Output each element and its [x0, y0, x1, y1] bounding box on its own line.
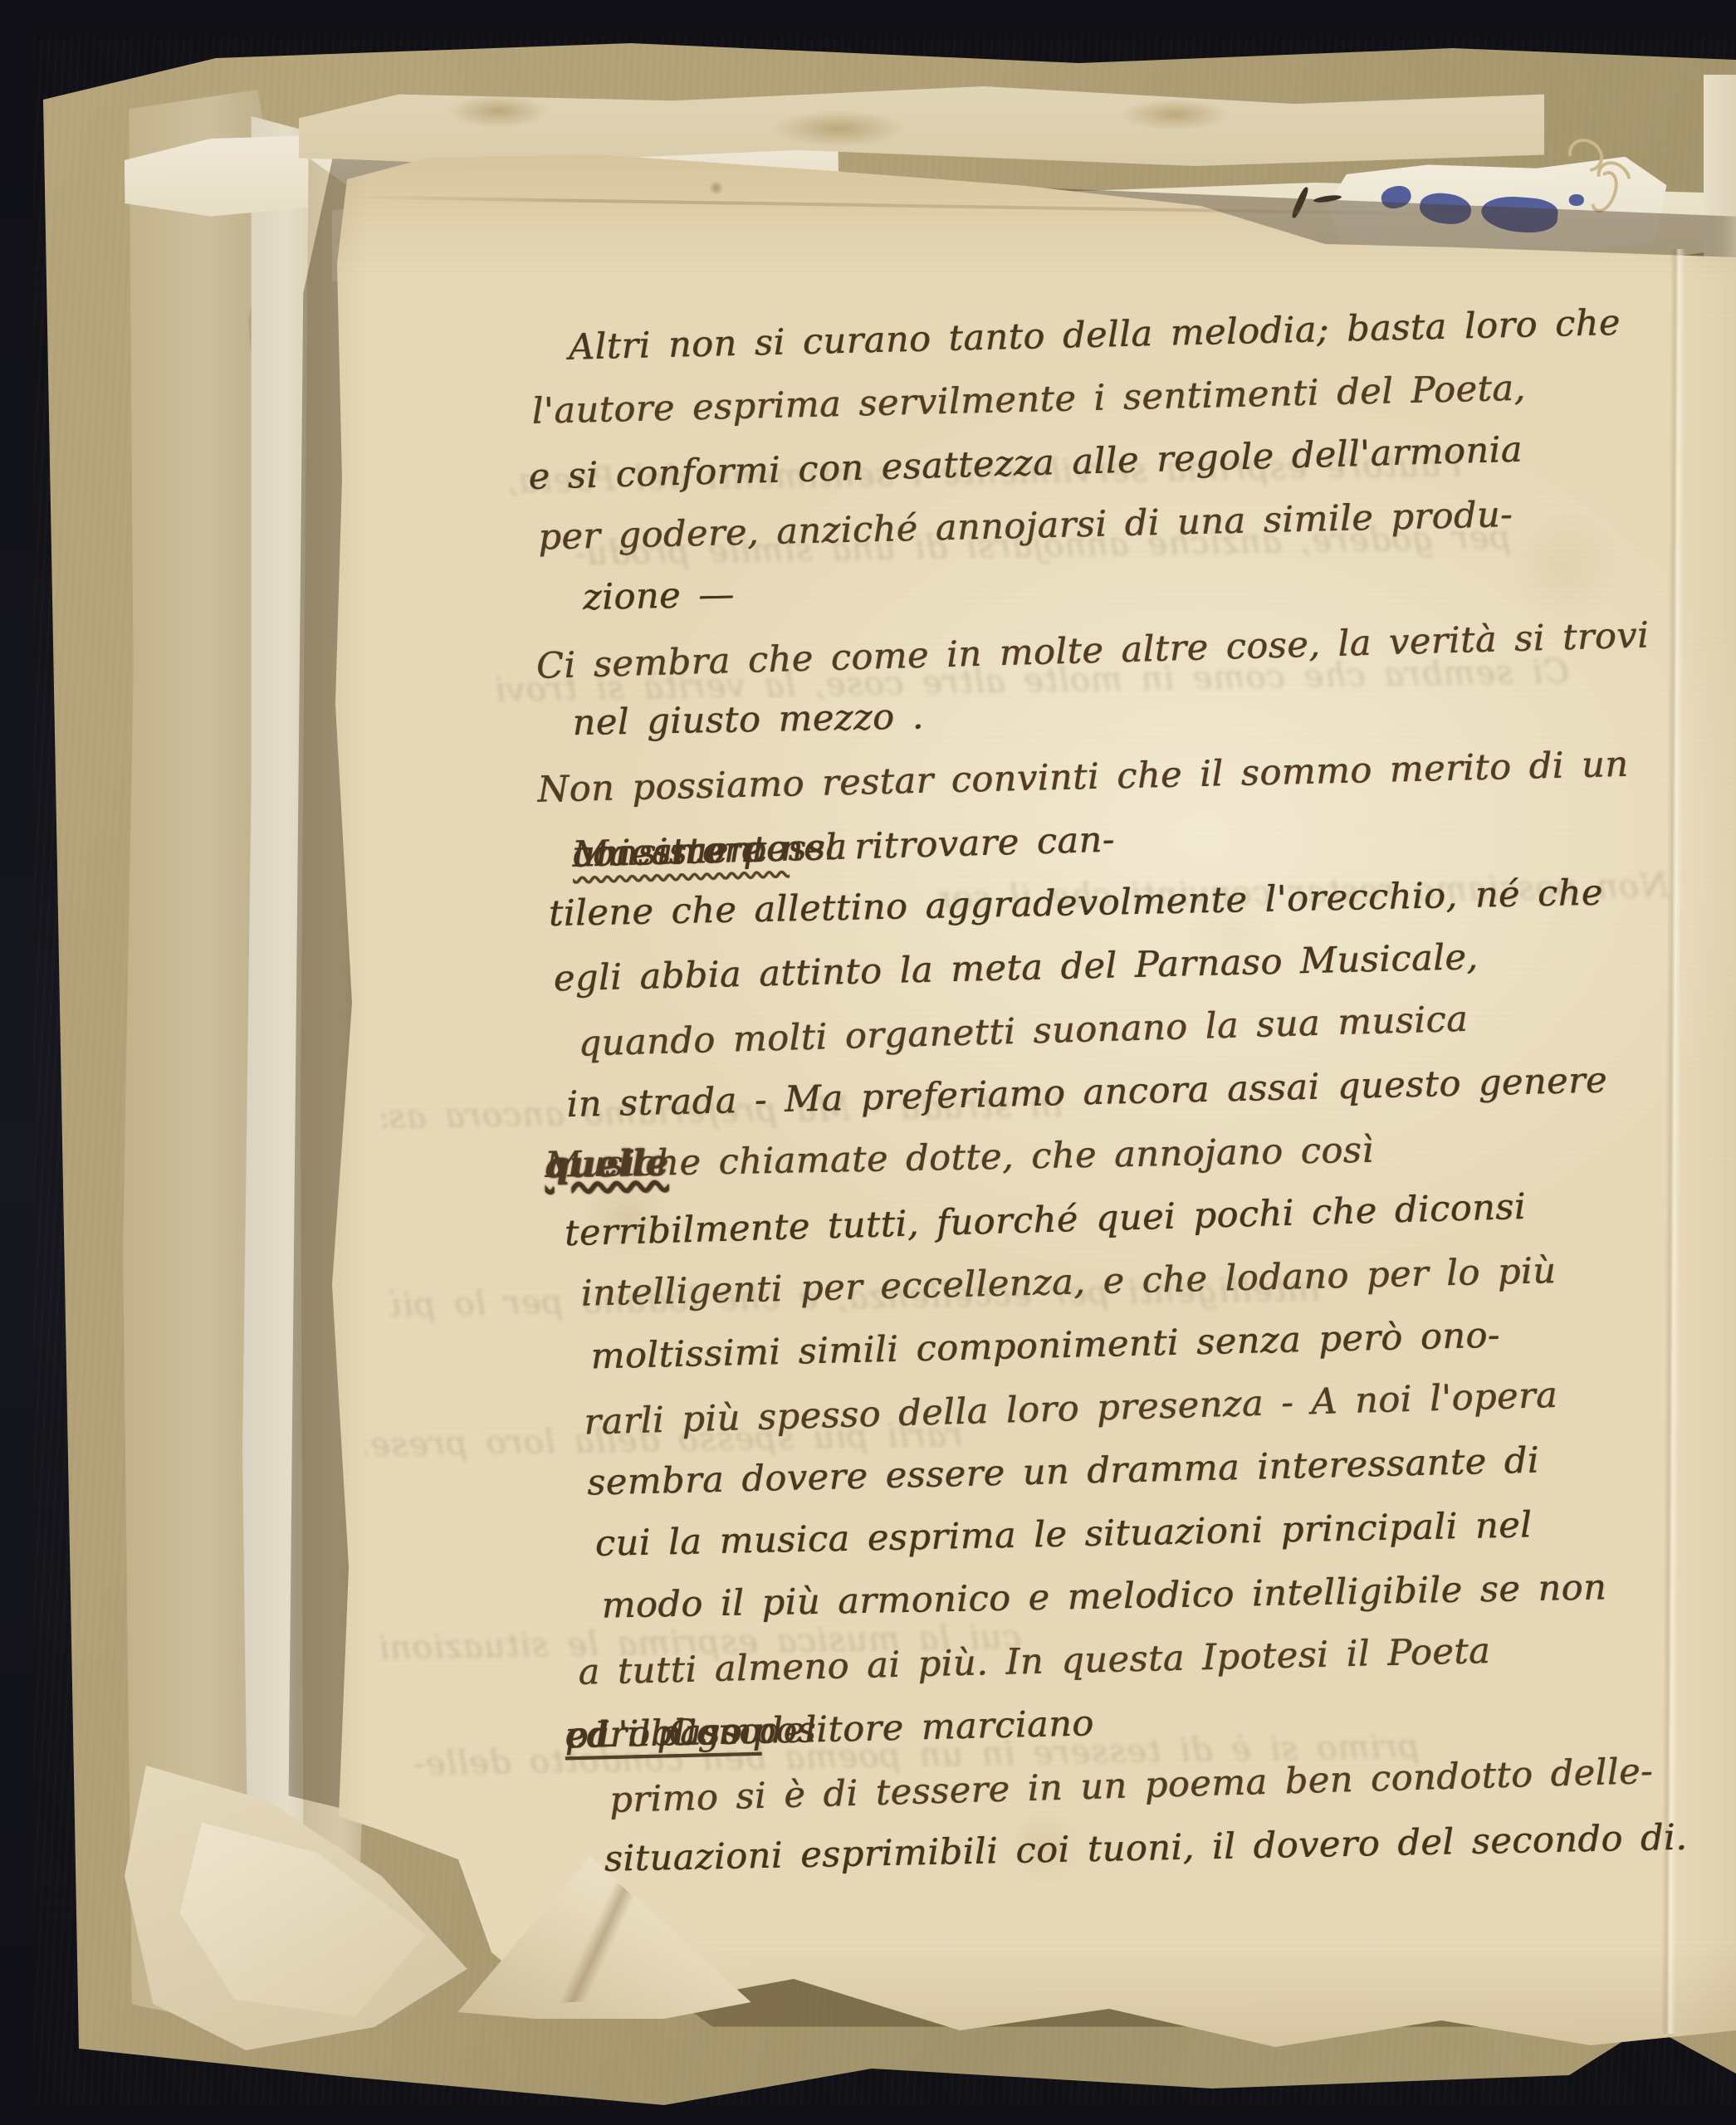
paper-fiber-tuft: [1561, 116, 1669, 224]
line-text: . L'obligo del: [564, 1698, 817, 1767]
handwritten-text-block: Altri non si curano tanto della melodia;…: [525, 290, 1736, 1894]
manuscript-scan: l'autore esprima servilmente i sentiment…: [0, 0, 1736, 2125]
